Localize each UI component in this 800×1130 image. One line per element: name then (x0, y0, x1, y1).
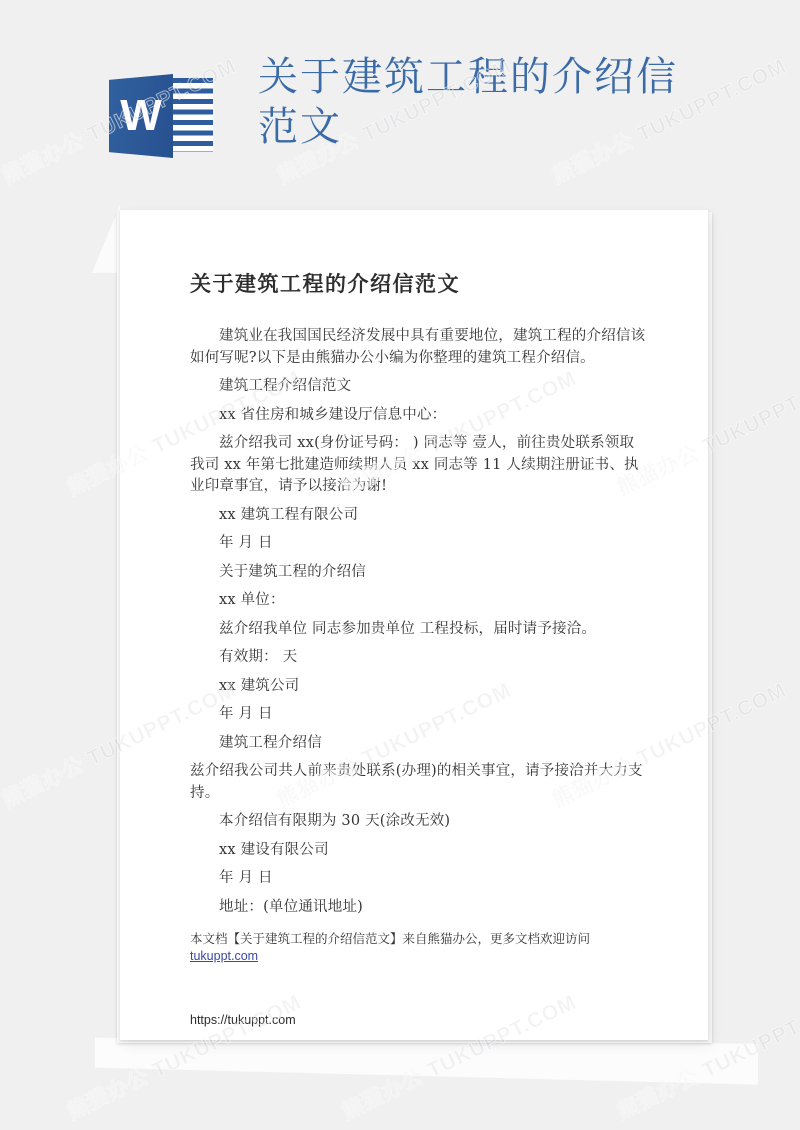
document-footer-note: 本文档【关于建筑工程的介绍信范文】来自熊猫办公，更多文档欢迎访问 tukuppt… (190, 930, 646, 965)
word-icon-page-lines (173, 78, 213, 152)
document-page: 关于建筑工程的介绍信范文 建筑业在我国国民经济发展中具有重要地位，建筑工程的介绍… (120, 210, 708, 1040)
tukuppt-link[interactable]: tukuppt.com (190, 949, 258, 963)
doc-paragraph: 年 月 日 (190, 868, 646, 890)
doc-paragraph: 有效期： 天 (190, 647, 646, 669)
doc-paragraph: xx 建筑公司 (190, 676, 646, 698)
doc-paragraph: 关于建筑工程的介绍信 (190, 562, 646, 584)
doc-paragraph: xx 单位： (190, 590, 646, 612)
doc-paragraph: 地址：(单位通讯地址) (190, 897, 646, 919)
doc-paragraph: 年 月 日 (190, 704, 646, 726)
doc-paragraph: xx 建设有限公司 (190, 840, 646, 862)
doc-paragraph: 建筑工程介绍信 (190, 733, 646, 755)
word-icon: W (109, 70, 215, 162)
doc-paragraph: 兹介绍我单位 同志参加贵单位 工程投标，届时请予接洽。 (190, 619, 646, 641)
word-icon-letter: W (120, 94, 162, 138)
doc-paragraph: 本介绍信有限期为 30 天(涂改无效) (190, 811, 646, 833)
page-title: 关于建筑工程的介绍信范文 (258, 52, 706, 152)
doc-paragraph: 年 月 日 (190, 533, 646, 555)
page-url: https://tukuppt.com (190, 1013, 646, 1027)
doc-paragraph: 建筑工程介绍信范文 (190, 376, 646, 398)
footer-note-text: 本文档【关于建筑工程的介绍信范文】来自熊猫办公，更多文档欢迎访问 (190, 931, 590, 946)
doc-paragraph: 兹介绍我公司共人前来贵处联系(办理)的相关事宜，请予接洽并大力支持。 (190, 761, 646, 804)
document-title: 关于建筑工程的介绍信范文 (190, 268, 646, 298)
doc-paragraph: 兹介绍我司 xx(身份证号码： ) 同志等 壹人，前往贵处联系领取我司 xx 年… (190, 433, 646, 498)
word-icon-cover: W (109, 74, 173, 158)
document-body: 建筑业在我国国民经济发展中具有重要地位，建筑工程的介绍信该如何写呢?以下是由熊猫… (190, 326, 646, 918)
doc-paragraph: xx 省住房和城乡建设厅信息中心： (190, 405, 646, 427)
doc-paragraph: 建筑业在我国国民经济发展中具有重要地位，建筑工程的介绍信该如何写呢?以下是由熊猫… (190, 326, 646, 369)
page-background: W 关于建筑工程的介绍信范文 关于建筑工程的介绍信范文 建筑业在我国国民经济发展… (0, 0, 800, 1130)
doc-paragraph: xx 建筑工程有限公司 (190, 505, 646, 527)
